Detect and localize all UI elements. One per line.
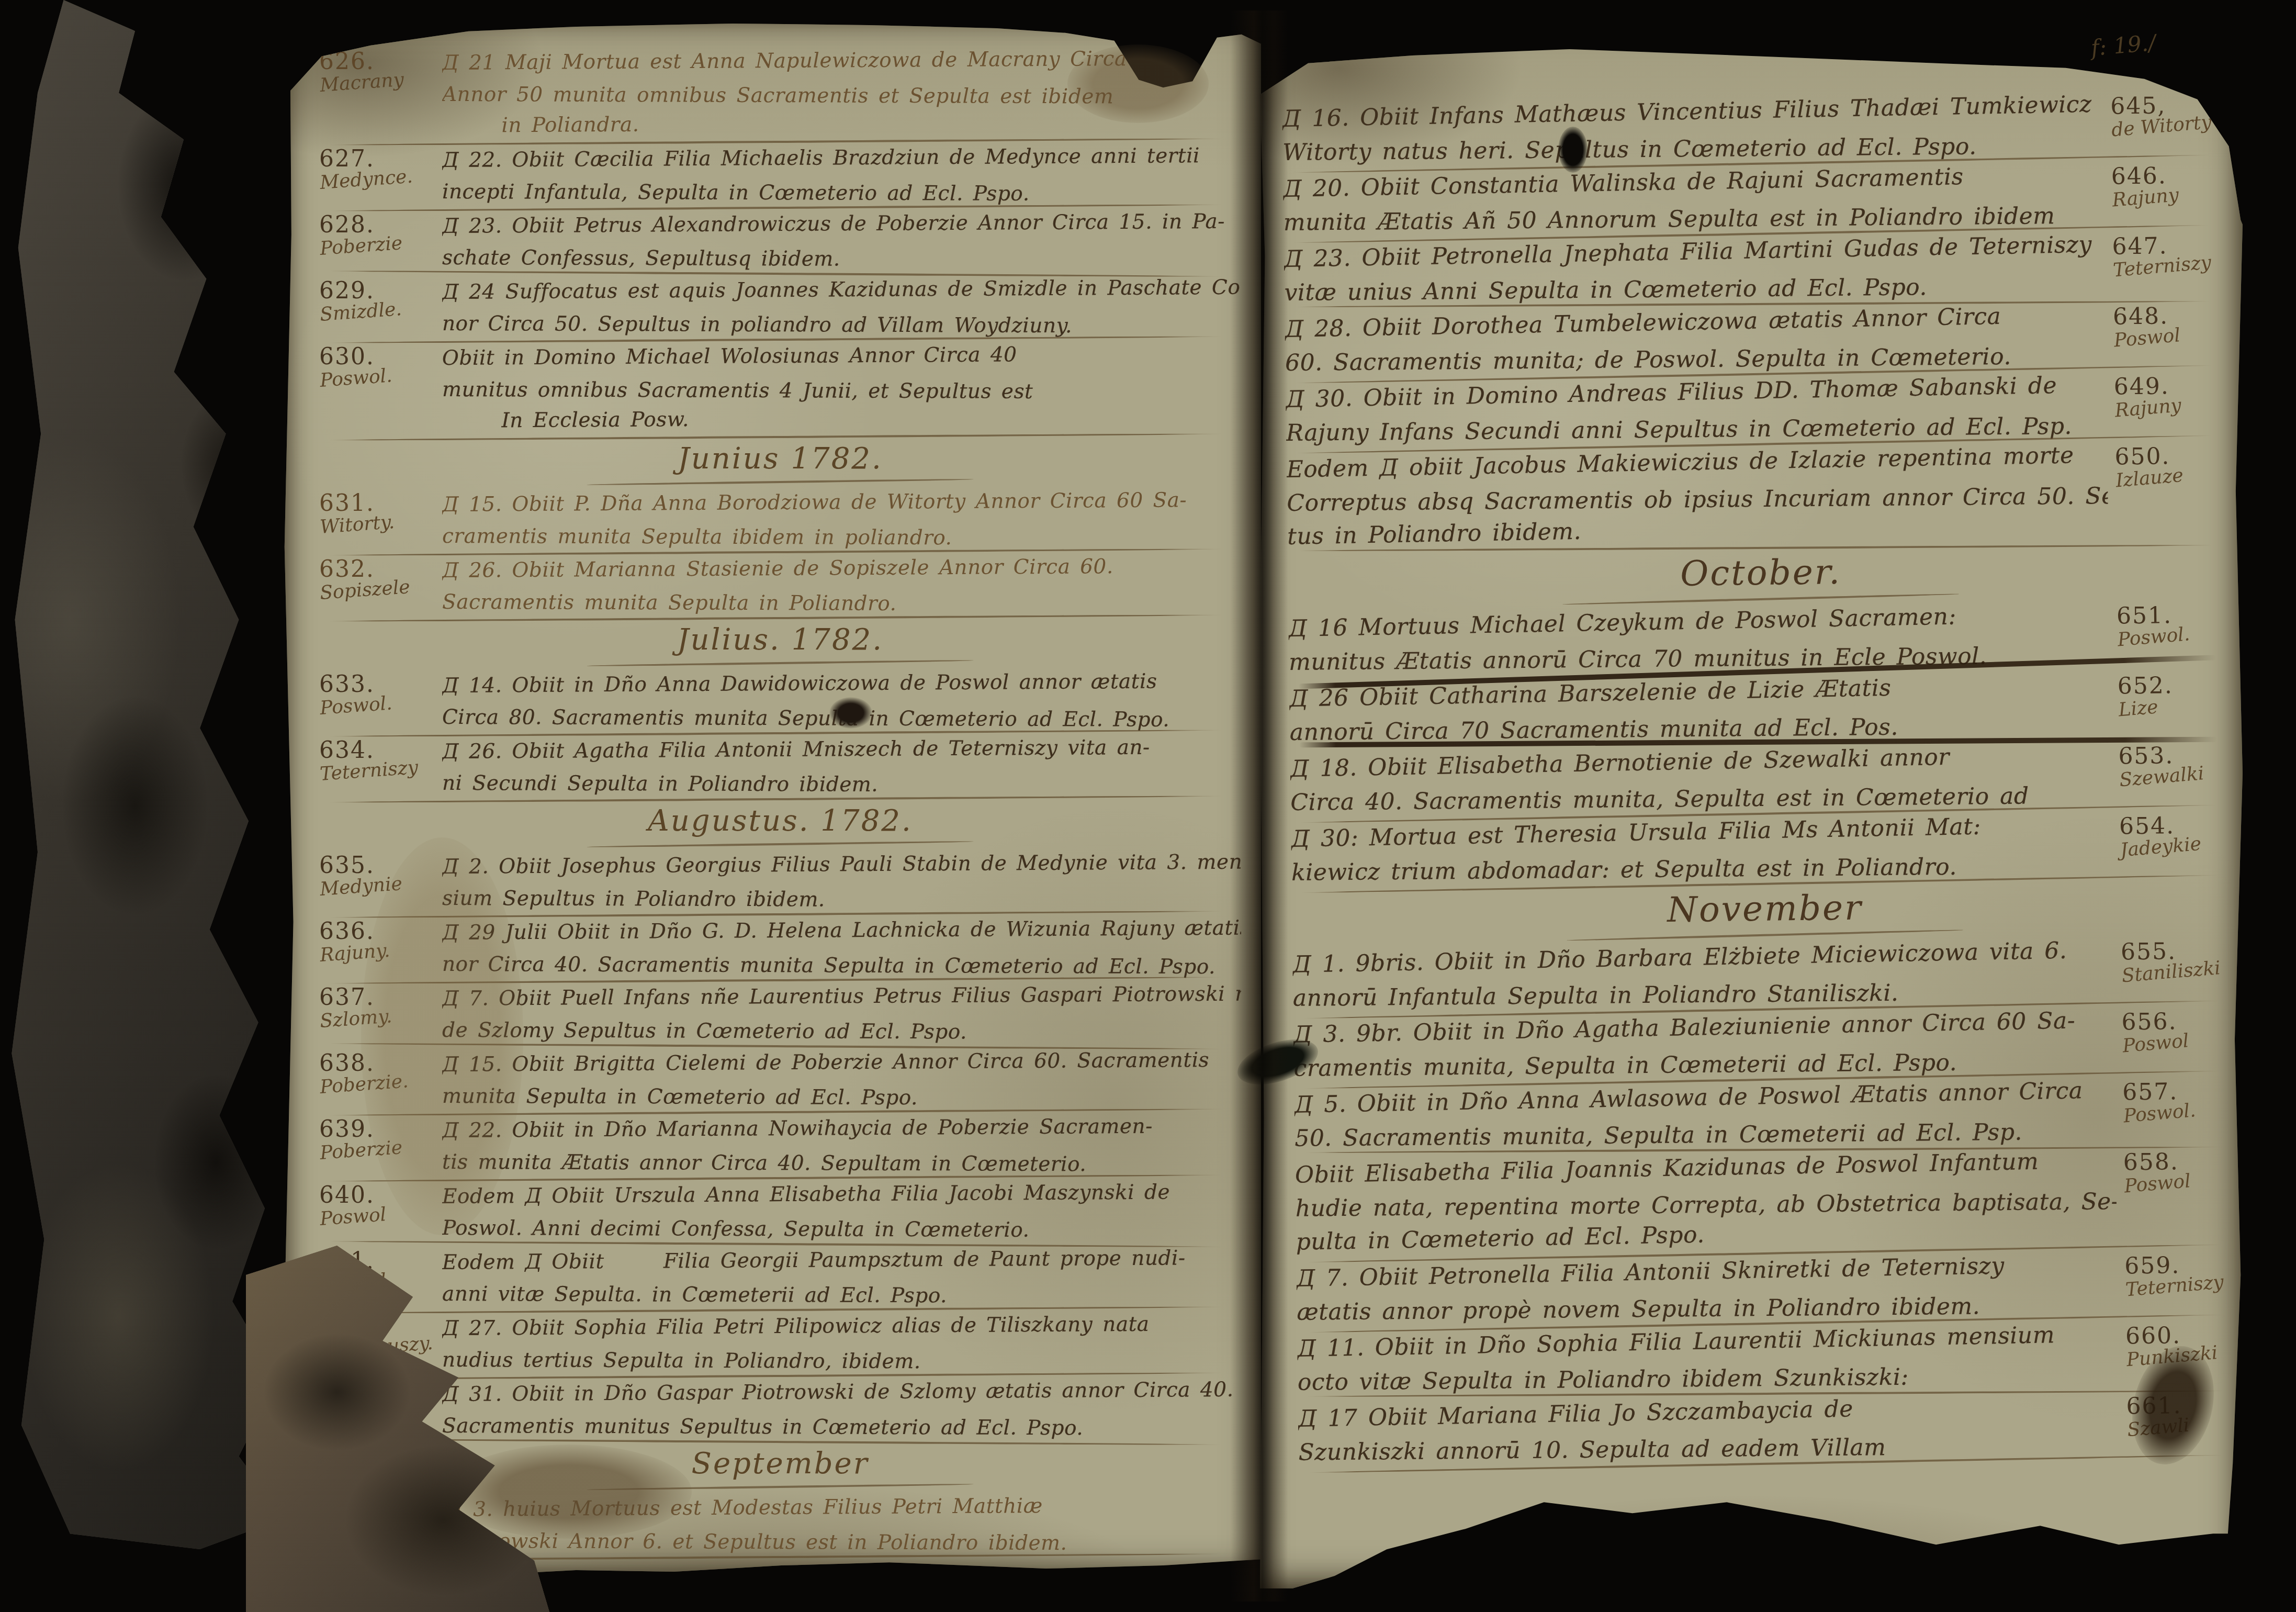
register-entry: 628.PoberzieД 23. Obiit Petrus Alexandro… [319,208,1241,274]
register-entry: 660.PunkiszkiД 11. Obiit in Dño Sophia F… [1297,1318,2244,1400]
register-entry: 627.Medynce.Д 22. Obiit Cæcilia Filia Mi… [319,142,1241,208]
register-entry: 655.StaniliszkiД 1. 9bris. Obiit in Dño … [1292,934,2239,1015]
register-entry: 647.TeterniszyД 23. Obiit Petronella Jne… [1284,228,2231,310]
entry-margin: 653.Szewalki [2111,741,2236,792]
register-entry: 637.Szlomy.Д 7. Obiit Puell Infans nñe L… [319,980,1241,1046]
register-entry: 645,de WitortyД 16. Obiit Infans Mathæus… [1282,88,2229,170]
entry-text-line: munita Sepulta in Cœmeterio ad Ecl. Pspo… [442,1081,1241,1112]
entry-text-line: Poswol. Anni decimi Confessa, Sepulta in… [442,1213,1241,1244]
entry-text: Д 29 Julii Obiit in Dño G. D. Helena Lac… [442,917,1241,980]
entry-text-line: cramentis munita Sepulta ibidem in polia… [442,521,1241,552]
month-heading: Julius. 1782. [319,618,1241,667]
register-entry: 649.RajunyД 30. Obiit in Domino Andreas … [1286,368,2233,450]
entry-text-line: Д 15. Obiit P. Dña Anna Borodziowa de Wi… [442,489,1241,521]
register-entry: 658.PoswolObiit Elisabetha Filia Joannis… [1295,1144,2242,1259]
entry-margin: 658.Poswol [2116,1147,2242,1198]
entry-margin: 650.Izlauze [2107,442,2233,492]
entry-text-line: in Poliandra. [442,106,1241,142]
entry-margin: 651.Poswol. [2109,601,2235,652]
entry-text: Д 7. Obiit Puell Infans nñe Laurentius P… [442,983,1241,1046]
register-entry: 643.SzlomyД 31. Obiit in Dño Gaspar Piot… [319,1376,1241,1442]
entry-text: Д 16. Obiit Infans Mathæus Vincentius Fi… [1282,93,2103,170]
entry-text: Eodem Д Obiit Filia Georgii Paumpsztum d… [442,1247,1241,1310]
entry-text: Д 7. Obiit Petronella Filia Antonii Skni… [1296,1252,2118,1329]
month-heading: Augustus. 1782. [319,799,1241,848]
entry-text-line: Sacramentis munita Sepulta in Poliandro. [442,587,1241,618]
entry-text-line: Д 3. huius Mortuus est Modestas Filius P… [446,1494,1241,1526]
entry-margin: 628.Poberzie [319,211,442,260]
register-entry: 629.Smizdle.Д 24 Suffocatus est aquis Jo… [319,274,1241,340]
page-gutter-shadow [1231,10,1288,1602]
entry-margin: 626.Macrany [319,48,442,97]
entry-margin: 634.Teterniszy [319,736,442,786]
entry-text: Д 22. Obiit Cæcilia Filia Michaelis Braz… [442,145,1241,208]
entry-text: Д 24 Suffocatus est aquis Joannes Kazidu… [442,277,1241,340]
entry-text: Д 16 Mortuus Michael Czeykum de Poswol S… [1288,602,2110,679]
month-heading: Junius 1782. [319,437,1241,486]
register-entry: 639.PoberzieД 22. Obiit in Dño Marianna … [319,1112,1241,1178]
entry-text: Д 15. Obiit P. Dña Anna Borodziowa de Wi… [442,489,1241,552]
entry-text-line: Obiit in Domino Michael Wolosiunas Annor… [442,343,1241,374]
right-page-entries: 645,de WitortyД 16. Obiit Infans Mathæus… [1282,88,2246,1583]
entry-margin: 637.Szlomy. [319,983,442,1033]
entry-text-line: de Szlomy Sepultus in Cœmeterio ad Ecl. … [442,1015,1241,1046]
entry-text: Д 23. Obiit Petrus Alexandrowiczus de Po… [442,211,1241,274]
entry-margin: 647.Teterniszy [2104,231,2230,282]
entry-margin: 648.Poswol [2106,301,2231,352]
entry-text-line: Д 24 Suffocatus est aquis Joannes Kazidu… [442,277,1241,308]
register-entry: 631.Witorty.Д 15. Obiit P. Dña Anna Boro… [319,486,1241,552]
register-entry: 626.MacranyД 21 Maji Mortua est Anna Nap… [319,44,1241,142]
entry-text-line: nor Circa 40. Sacramentis munita Sepulta… [442,949,1241,980]
register-entry: 635.MedynieД 2. Obiit Josephus Georgius … [319,848,1241,914]
right-page: 645,de WitortyД 16. Obiit Infans Mathæus… [1260,21,2243,1588]
entry-text-line: Д 26. Obiit Agatha Filia Antonii Mniszec… [442,736,1241,768]
entry-margin: 639.Poberzie [319,1115,442,1165]
entry-margin: 655.Staniliszki [2113,937,2239,988]
entry-text: Obiit Elisabetha Filia Joannis Kazidunas… [1295,1149,2117,1259]
entry-text-line: anni vitæ Sepulta. in Cœmeterii ad Ecl. … [442,1279,1241,1310]
entry-margin: 646.Rajuny [2104,161,2230,212]
entry-text: Д 26. Obiit Agatha Filia Antonii Mniszec… [442,736,1241,799]
left-page: 626.MacranyД 21 Maji Mortua est Anna Nap… [283,16,1261,1578]
entry-margin: 657.Poswol. [2115,1077,2241,1128]
entry-text-line: Д 21 Maji Mortua est Anna Napulewiczowa … [442,48,1241,79]
entry-margin: 635.Medynie [319,852,442,901]
entry-margin: 661.Szawli [2119,1391,2244,1442]
entry-text-line: sium Sepultus in Poliandro ibidem. [442,883,1241,914]
entry-text: Д 15. Obiit Brigitta Cielemi de Poberzie… [442,1049,1241,1112]
register-entry: 640.PoswolEodem Д Obiit Urszula Anna Eli… [319,1178,1241,1244]
entry-margin: 631.Witorty. [319,489,442,539]
entry-margin: 645,de Witorty [2103,91,2229,142]
entry-text-line: ni Secundi Sepulta in Poliandro ibidem. [442,768,1241,799]
register-entry: 661.SzawliД 17 Obiit Mariana Filia Jo Sz… [1298,1388,2245,1470]
register-entry: 650.IzlauzeEodem Д obiit Jacobus Makiewi… [1286,439,2233,554]
entry-text-line: Szunkiszki annorū 10. Sepulta ad eadem V… [1298,1429,2119,1470]
entry-text-line: Д 7. Obiit Puell Infans nñe Laurentius P… [442,983,1241,1015]
entry-text: Д 3. huius Mortuus est Modestas Filius P… [446,1494,1241,1557]
manuscript-scan: 626.MacranyД 21 Maji Mortua est Anna Nap… [0,0,2296,1612]
entry-text: Д 30. Obiit in Domino Andreas Filius DD.… [1286,373,2107,450]
entry-text: Д 22. Obiit in Dño Marianna Nowihaycia d… [442,1115,1241,1178]
entry-margin: 627.Medynce. [319,145,442,194]
register-entry: 659.TeterniszyД 7. Obiit Petronella Fili… [1296,1248,2243,1329]
register-entry: 630.Poswol.Obiit in Domino Michael Wolos… [319,340,1241,437]
entry-margin: 660.Punkiszki [2118,1321,2244,1372]
entry-text: Д 31. Obiit in Dño Gaspar Piotrowski de … [442,1379,1241,1442]
entry-text: Д 28. Obiit Dorothea Tumbelewiczowa ætat… [1285,303,2106,380]
entry-margin: 630.Poswol. [319,343,442,392]
entry-text: Д 5. Obiit in Dño Anna Awlasowa de Poswo… [1294,1079,2115,1156]
entry-text: Д 3. 9br. Obiit in Dño Agatha Baleziunie… [1293,1009,2114,1085]
entry-text: Eodem Д obiit Jacobus Makiewiczius de Iz… [1286,443,2108,554]
register-entry: 642.Mieszkuszy.Д 27. Obiit Sophia Filia … [319,1310,1241,1376]
register-entry: 652.LizeД 26 Obiit Catharina Barszelenie… [1289,668,2236,749]
entry-text: Д 2. Obiit Josephus Georgius Filius Paul… [442,852,1241,914]
entry-text: Д 11. Obiit in Dño Sophia Filia Laurenti… [1297,1323,2119,1400]
entry-text: Д 20. Obiit Constantia Walinska de Rajun… [1283,163,2104,240]
entry-margin: 629.Smizdle. [319,277,442,326]
register-entry: 638.Poberzie.Д 15. Obiit Brigitta Cielem… [319,1046,1241,1112]
left-page-entries: 626.MacranyД 21 Maji Mortua est Anna Nap… [319,44,1241,1570]
entry-text-line: Eodem Д Obiit Filia Georgii Paumpsztum d… [442,1247,1241,1279]
entry-margin: 656.Poswol [2114,1007,2239,1058]
register-entry: 632.SopiszeleД 26. Obiit Marianna Stasie… [319,552,1241,618]
entry-text-line: Circa 80. Sacramentis munita Sepulta in … [442,702,1241,733]
entry-text: Д 18. Obiit Elisabetha Bernotienie de Sz… [1290,743,2111,820]
entry-text-line: Д 2. Obiit Josephus Georgius Filius Paul… [442,852,1241,883]
entry-text-line: Д 26. Obiit Marianna Stasienie de Sopisz… [442,555,1241,587]
entry-text: Д 17 Obiit Mariana Filia Jo Szczambaycia… [1298,1393,2119,1470]
entry-margin: 652.Lize [2110,671,2235,722]
entry-text: Д 30: Mortua est Theresia Ursula Filia M… [1291,813,2112,890]
entry-text: Eodem Д Obiit Urszula Anna Elisabetha Fi… [442,1181,1241,1244]
register-entry: 646.RajunyД 20. Obiit Constantia Walinsk… [1283,158,2230,240]
entry-text: Д 21 Maji Mortua est Anna Napulewiczowa … [442,48,1241,142]
register-entry: 636.Rajuny.Д 29 Julii Obiit in Dño G. D.… [319,914,1241,980]
entry-text-line: tis munita Ætatis annor Circa 40. Sepult… [442,1147,1241,1178]
entry-text: Д 27. Obiit Sophia Filia Petri Pilipowic… [442,1313,1241,1376]
entry-text-line: Д 22. Obiit in Dño Marianna Nowihaycia d… [442,1115,1241,1147]
entry-text-line: Д 23. Obiit Petrus Alexandrowiczus de Po… [442,211,1241,242]
entry-margin: 632.Sopiszele [319,555,442,604]
entry-text-line: Д 14. Obiit in Dño Anna Dawidowiczowa de… [442,670,1241,702]
entry-margin: 649.Rajuny [2107,372,2232,422]
entry-text-line: Sacramentis munitus Sepultus in Cœmeteri… [442,1410,1241,1442]
register-entry: 654.JadeykieД 30: Mortua est Theresia Ur… [1291,808,2238,890]
entry-text-line: Д 22. Obiit Cæcilia Filia Michaelis Braz… [442,145,1241,176]
entry-margin: 654.Jadeykie [2112,811,2237,862]
entry-text-line: Д 27. Obiit Sophia Filia Petri Pilipowic… [442,1313,1241,1345]
entry-text: Д 14. Obiit in Dño Anna Dawidowiczowa de… [442,670,1241,733]
register-entry: 633.Poswol.Д 14. Obiit in Dño Anna Dawid… [319,667,1241,733]
entry-text-line: incepti Infantula, Sepulta in Cœmeterio … [442,176,1241,208]
entry-margin: 659.Teterniszy [2117,1251,2243,1302]
entry-text-line: Д 15. Obiit Brigitta Cielemi de Poberzie… [442,1049,1241,1081]
entry-text-line: Piotrowski Annor 6. et Sepultus est in P… [446,1526,1241,1557]
entry-text: Д 23. Obiit Petronella Jnephata Filia Ma… [1284,233,2105,310]
entry-margin: 636.Rajuny. [319,917,442,967]
entry-text-line: nor Circa 50. Sepultus in poliandro ad V… [442,308,1241,340]
entry-text-line: nudius tertius Sepulta in Poliandro, ibi… [442,1345,1241,1376]
register-entry: 656.PoswolД 3. 9br. Obiit in Dño Agatha … [1293,1004,2240,1085]
folio-number: f: 19./ [2090,30,2157,61]
entry-text-line: schate Confessus, Sepultusq ibidem. [442,242,1241,274]
register-entry: 653.SzewalkiД 18. Obiit Elisabetha Berno… [1290,738,2237,820]
entry-text: Д 26 Obiit Catharina Barszelenie de Lizi… [1289,673,2111,749]
entry-text: Д 1. 9bris. Obiit in Dño Barbara Elżbiet… [1292,938,2114,1015]
entry-margin: 633.Poswol. [319,670,442,720]
entry-margin: 640.Poswol [319,1181,442,1230]
register-entry: 634.TeterniszyД 26. Obiit Agatha Filia A… [319,733,1241,799]
register-entry: 651.Poswol.Д 16 Mortuus Michael Czeykum … [1288,598,2235,679]
entry-text: Obiit in Domino Michael Wolosiunas Annor… [442,343,1241,437]
entry-text-line: Eodem Д Obiit Urszula Anna Elisabetha Fi… [442,1181,1241,1213]
entry-text-line: Д 31. Obiit in Dño Gaspar Piotrowski de … [442,1379,1241,1410]
entry-margin: 638.Poberzie. [319,1049,442,1099]
register-entry: 657.Poswol.Д 5. Obiit in Dño Anna Awlaso… [1294,1074,2241,1156]
entry-text: Д 26. Obiit Marianna Stasienie de Sopisz… [442,555,1241,618]
register-entry: 648.PoswolД 28. Obiit Dorothea Tumbelewi… [1285,298,2232,380]
register-entry: 641.Poswol.Eodem Д Obiit Filia Georgii P… [319,1244,1241,1310]
entry-text-line: Д 29 Julii Obiit in Dño G. D. Helena Lac… [442,917,1241,949]
entry-text-line: In Ecclesia Posw. [442,401,1241,437]
